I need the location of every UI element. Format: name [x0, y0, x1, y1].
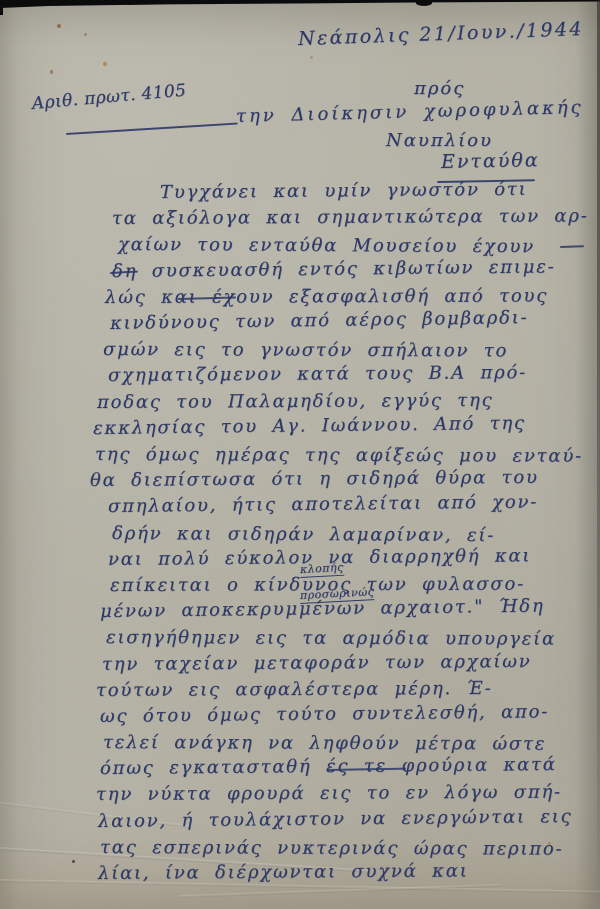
body-line: χαίων του ενταύθα Μουσείου έχουν [118, 234, 535, 257]
foxing-spot [50, 70, 53, 74]
body-line: της όμως ημέρας της αφίξεώς μου ενταύ- [95, 444, 583, 467]
inserted-word: κλοπής [300, 561, 345, 578]
recipient-line-2: Ναυπλίου [386, 130, 493, 151]
date-line: Νεάπολις 21/Ιουν./1944 [298, 18, 585, 50]
recipient-line-3: Ενταύθα [441, 149, 540, 173]
salutation: πρός [414, 78, 465, 99]
ink-speck [72, 860, 75, 863]
body-line: ποδας του Παλαμηδίου, εγγύς της [97, 390, 494, 413]
body-line: τας εσπερινάς νυκτερινάς ώρας περιπο- [100, 837, 564, 860]
body-line: τελεί ανάγκη να ληφθούν μέτρα ώστε [103, 732, 546, 755]
body-line: λαιον, ή τουλάχιστον να ενεργώνται εις [98, 806, 573, 832]
body-line: λίαι, ίνα διέρχωνται συχνά και [98, 860, 469, 884]
body-line: λώς και έχουν εξασφαλισθή από τους [105, 285, 548, 308]
body-line: κινδύνους των από αέρος βομβαρδι- [110, 307, 529, 334]
body-line: την νύκτα φρουρά εις το εν λόγω σπή- [96, 782, 562, 805]
body-line: εκκλησίας του Αγ. Ιωάννου. Από της [93, 413, 526, 439]
body-line: δρήν και σιδηράν λαμαρίναν, εί- [112, 523, 495, 546]
body-line: όπως εγκατασταθή ές τε φρούρια κατά [100, 754, 557, 779]
body-line: σχηματιζόμενον κατά τους Β.Α πρό- [108, 362, 527, 386]
body-line: ως ότου όμως τούτο συντελεσθή, απο- [100, 701, 549, 727]
body-line: δη συσκευασθή εντός κιβωτίων επιμε- [112, 256, 556, 282]
body-line: σπηλαίου, ήτις αποτελείται από χον- [108, 491, 538, 517]
body-line: τα αξιόλογα και σημαντικώτερα των αρ- [112, 206, 589, 229]
recipient-line-1: την Διοίκησιν χωροφυλακής [236, 97, 584, 127]
foxing-spot [310, 56, 313, 59]
body-line: σμών εις το γνωστόν σπήλαιον το [103, 339, 508, 361]
foxing-spot [103, 62, 107, 66]
scan-edge-notch [416, 0, 432, 6]
paper-crease [180, 884, 500, 898]
scan-edge-top [0, 0, 600, 8]
ref-number: Αριθ. πρωτ. 4105 [31, 81, 187, 114]
strike-mark [560, 245, 584, 248]
foxing-spot [57, 24, 61, 28]
body-line: εισηγήθημεν εις τα αρμόδια υπουργεία [106, 627, 556, 650]
body-line: Τυγχάνει και υμίν γνωστόν ότι [160, 179, 528, 203]
scanned-letter-page: Αριθ. πρωτ. 4105 Νεάπολις 21/Ιουν./1944 … [0, 0, 600, 909]
body-line: την ταχείαν μεταφοράν των αρχαίων [102, 651, 532, 675]
scan-edge-corner [0, 0, 3, 15]
foxing-spot [84, 33, 87, 36]
body-line: τούτων εις ασφαλέστερα μέρη. Έ- [96, 678, 493, 701]
ref-number-underline [66, 123, 238, 135]
body-line: θα διεπίστωσα ότι η σιδηρά θύρα του [90, 467, 539, 491]
